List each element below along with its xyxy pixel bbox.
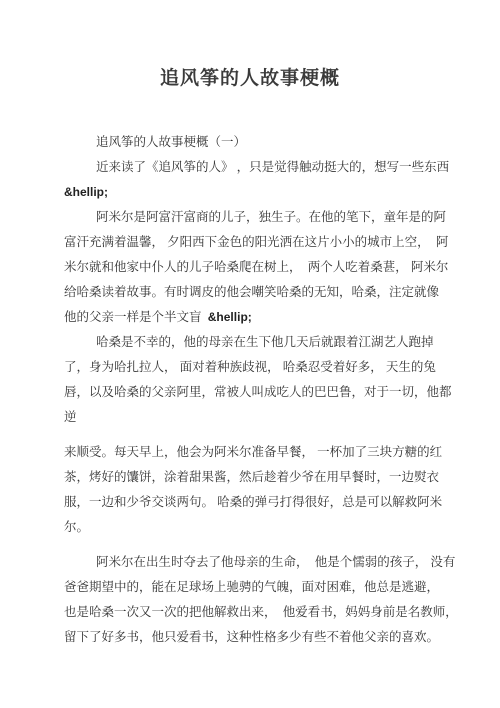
text-line: 留下了好多书，他只爱看书，这种性格多少有些不着他父亲的喜欢。 (64, 625, 440, 650)
document-page: 追风筝的人故事梗概 追风筝的人故事梗概（一）近来读了《追风筝的人》 ，只是觉得触… (0, 0, 500, 708)
text-line-segment: 阿米尔是阿富汗富商的儿子，独生子。在他的笔下，童年是的阿 (96, 210, 446, 224)
text-line-segment: 近来读了《追风筝的人》 ，只是觉得触动挺大的，想写一些东西 (96, 160, 449, 174)
html-entity-text: &hellip; (208, 310, 252, 324)
html-entity-text: &hellip; (64, 185, 108, 199)
text-line: 也是哈桑一次又一次的把他解救出来， 他爱看书，妈妈身前是名教师， (64, 600, 440, 625)
text-line-segment: 逆 (64, 410, 77, 424)
text-line: 米尔就和他家中仆人的儿子哈桑爬在树上， 两个人吃着桑葚， 阿米尔 (64, 255, 440, 280)
text-line: 逆 (64, 405, 440, 430)
text-line: 尔。 (64, 515, 440, 540)
text-line-segment: 茶，烤好的馕饼，涂着甜果酱，然后趁着少爷在用早餐时，一边熨衣 (64, 470, 439, 484)
text-line: 富汗充满着温馨， 夕阳西下金色的阳光洒在这片小小的城市上空， 阿 (64, 230, 440, 255)
text-line-segment: 也是哈桑一次又一次的把他解救出来， 他爱看书，妈妈身前是名教师， (64, 605, 458, 619)
text-line: 唇，以及哈桑的父亲阿里，常被人叫成吃人的巴巴鲁，对于一切，他都 (64, 380, 440, 405)
text-line-segment: 米尔就和他家中仆人的儿子哈桑爬在树上， 两个人吃着桑葚， 阿米尔 (64, 260, 448, 274)
text-line-segment: 了，身为哈扎拉人， 面对着种族歧视， 哈桑忍受着好多， 天生的兔 (64, 360, 436, 374)
text-line: 服，一边和少爷交谈两句。 哈桑的弹弓打得很好，总是可以解救阿米 (64, 490, 440, 515)
text-line: 他的父亲一样是个半文盲 &hellip; (64, 305, 440, 330)
text-line-segment: 富汗充满着温馨， 夕阳西下金色的阳光洒在这片小小的城市上空， 阿 (64, 235, 448, 249)
text-line: &hellip; (64, 180, 440, 205)
text-line-segment: 阿米尔在出生时夺去了他母亲的生命， 他是个懦弱的孩子， 没有 (96, 555, 455, 569)
text-line: 哈桑是不幸的，他的母亲在生下他几天后就跟着江湖艺人跑掉 (64, 330, 440, 355)
text-line: 阿米尔是阿富汗富商的儿子，独生子。在他的笔下，童年是的阿 (64, 205, 440, 230)
text-line-segment: 追风筝的人故事梗概（一） (96, 135, 246, 149)
text-line: 阿米尔在出生时夺去了他母亲的生命， 他是个懦弱的孩子， 没有 (64, 550, 440, 575)
text-line-segment: 给哈桑读着故事。有时调皮的他会嘲笑哈桑的无知，哈桑，注定就像 (64, 285, 439, 299)
text-line-segment: 爸爸期望中的，能在足球场上驰骋的气魄，面对困难，他总是逃避， (64, 580, 439, 594)
text-line: 爸爸期望中的，能在足球场上驰骋的气魄，面对困难，他总是逃避， (64, 575, 440, 600)
text-line: 近来读了《追风筝的人》 ，只是觉得触动挺大的，想写一些东西 (64, 155, 440, 180)
text-line-segment: 唇，以及哈桑的父亲阿里，常被人叫成吃人的巴巴鲁，对于一切，他都 (64, 385, 452, 399)
text-line: 给哈桑读着故事。有时调皮的他会嘲笑哈桑的无知，哈桑，注定就像 (64, 280, 440, 305)
text-line: 茶，烤好的馕饼，涂着甜果酱，然后趁着少爷在用早餐时，一边熨衣 (64, 465, 440, 490)
text-line: 追风筝的人故事梗概（一） (64, 130, 440, 155)
text-line-segment: 来顺受。每天早上，他会为阿米尔准备早餐， 一杯加了三块方糖的红 (64, 445, 442, 459)
page-title: 追风筝的人故事梗概 (0, 66, 500, 92)
text-line: 了，身为哈扎拉人， 面对着种族歧视， 哈桑忍受着好多， 天生的兔 (64, 355, 440, 380)
document-body: 追风筝的人故事梗概（一）近来读了《追风筝的人》 ，只是觉得触动挺大的，想写一些东… (64, 130, 440, 650)
text-line-segment: 哈桑是不幸的，他的母亲在生下他几天后就跟着江湖艺人跑掉 (96, 335, 434, 349)
text-line-segment: 留下了好多书，他只爱看书，这种性格多少有些不着他父亲的喜欢。 (64, 630, 439, 644)
text-line-segment: 他的父亲一样是个半文盲 (64, 310, 208, 324)
text-line-segment: 服，一边和少爷交谈两句。 哈桑的弹弓打得很好，总是可以解救阿米 (64, 495, 442, 509)
text-line-segment: 尔。 (64, 520, 89, 534)
text-line: 来顺受。每天早上，他会为阿米尔准备早餐， 一杯加了三块方糖的红 (64, 440, 440, 465)
